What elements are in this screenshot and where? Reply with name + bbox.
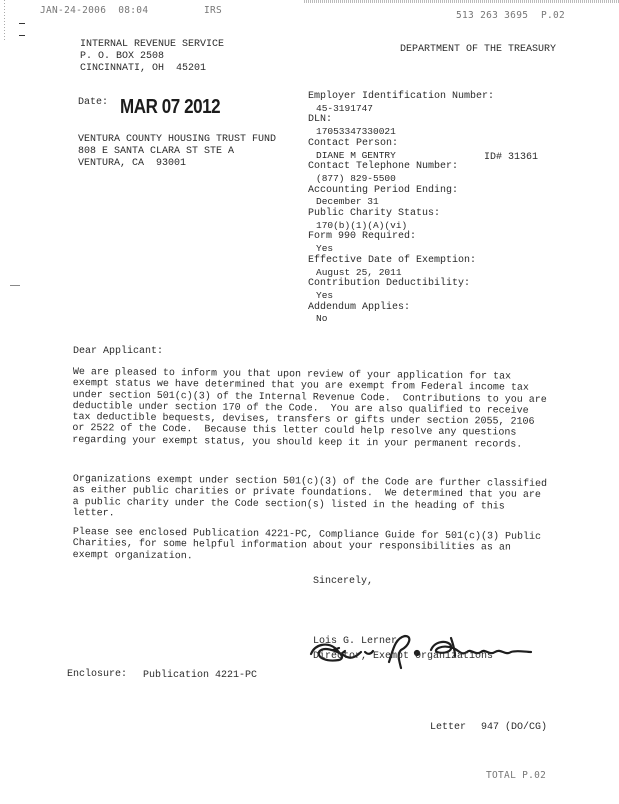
margin-mark	[19, 23, 25, 24]
body-paragraph: We are pleased to inform you that upon r…	[72, 367, 593, 452]
letter-code-label: Letter	[430, 722, 466, 734]
date-stamp: MAR 07 2012	[120, 96, 220, 119]
field-value: DIANE M GENTRY	[308, 150, 494, 162]
field-label: Accounting Period Ending:	[308, 185, 494, 197]
field-value: 17053347330021	[308, 126, 494, 138]
field-value: No	[308, 313, 494, 325]
sender-line: CINCINNATI, OH 45201	[80, 63, 224, 75]
fax-edge-border	[304, 0, 619, 3]
field-value: 170(b)(1)(A)(vi)	[308, 220, 494, 232]
field-value: 45-3191747	[308, 103, 494, 115]
margin-mark	[19, 35, 25, 36]
recipient-line: VENTURA COUNTY HOUSING TRUST FUND	[78, 134, 276, 146]
field-label: Contact Person:	[308, 138, 494, 150]
field-value: Yes	[308, 243, 494, 255]
recipient-line: 808 E SANTA CLARA ST STE A	[78, 146, 276, 158]
field-label: Employer Identification Number:	[308, 91, 494, 103]
valediction: Sincerely,	[313, 576, 373, 588]
field-label: DLN:	[308, 114, 494, 126]
fax-sender: IRS	[204, 5, 222, 16]
field-value: Yes	[308, 290, 494, 302]
sender-line: INTERNAL REVENUE SERVICE	[80, 39, 224, 51]
letter-fields: Employer Identification Number: 45-31917…	[308, 91, 494, 325]
left-margin-dots	[4, 0, 5, 40]
enclosure-value: Publication 4221-PC	[143, 670, 257, 682]
enclosure-label: Enclosure:	[67, 669, 127, 681]
field-label: Addendum Applies:	[308, 302, 494, 314]
fax-total-pages: TOTAL P.02	[486, 770, 546, 781]
sender-address: INTERNAL REVENUE SERVICE P. O. BOX 2508 …	[80, 39, 224, 76]
fax-page: P.02	[541, 10, 565, 21]
margin-mark	[10, 285, 20, 286]
fax-phone: 513 263 3695	[456, 10, 528, 21]
date-label: Date:	[78, 97, 108, 109]
department-name: DEPARTMENT OF THE TREASURY	[400, 44, 556, 56]
body-paragraph: Organizations exempt under section 501(c…	[73, 474, 593, 525]
field-label: Contact Telephone Number:	[308, 161, 494, 173]
field-label: Contribution Deductibility:	[308, 278, 494, 290]
fax-datetime: JAN-24-2006 08:04	[40, 5, 148, 16]
field-value: August 25, 2011	[308, 267, 494, 279]
field-label: Form 990 Required:	[308, 231, 494, 243]
recipient-address: VENTURA COUNTY HOUSING TRUST FUND 808 E …	[78, 134, 276, 171]
field-value: (877) 829-5500	[308, 173, 494, 185]
field-value: December 31	[308, 196, 494, 208]
contact-id: ID# 31361	[484, 152, 538, 164]
signer-title: Director, Exempt Organizations	[313, 651, 493, 663]
body-paragraph: Please see enclosed Publication 4221-PC,…	[73, 527, 593, 566]
field-label: Effective Date of Exemption:	[308, 255, 494, 267]
salutation: Dear Applicant:	[73, 346, 163, 358]
letter-code-value: 947 (DO/CG)	[481, 722, 547, 734]
sender-line: P. O. BOX 2508	[80, 51, 224, 63]
signer-name: Lois G. Lerner	[313, 636, 397, 648]
recipient-line: VENTURA, CA 93001	[78, 158, 276, 170]
field-label: Public Charity Status:	[308, 208, 494, 220]
